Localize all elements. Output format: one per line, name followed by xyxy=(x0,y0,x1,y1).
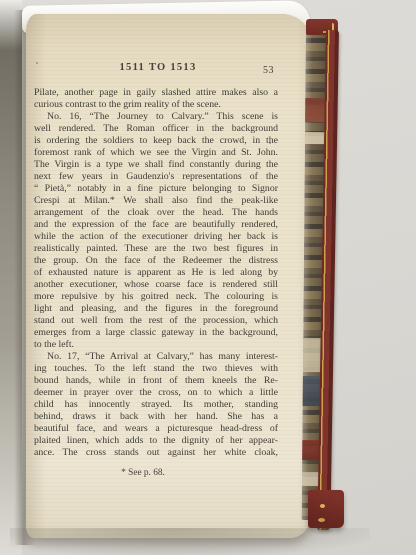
text-line: next few years in Gaudenzio's representa… xyxy=(34,171,278,183)
text-line: plaited linen, which adds to the dignity… xyxy=(34,435,278,447)
leather-cover-bottom-corner xyxy=(308,490,344,528)
text-line: of exhausted nature is apparent as He is… xyxy=(34,267,278,279)
text-line: stand out well from the rest of the proc… xyxy=(34,315,278,327)
text-line: well rendered. The Roman officer in the … xyxy=(34,123,278,135)
text-block: 1511 TO 1513 53 Pilate, another page in … xyxy=(34,62,278,478)
text-line: arrangement of the cloak over the head. … xyxy=(34,207,278,219)
text-line: and the expression of the face are beaut… xyxy=(34,219,278,231)
text-line: realistically painted. These are the two… xyxy=(34,243,278,255)
text-line: light and pleasing, and the figures in t… xyxy=(34,303,278,315)
book-page: 1511 TO 1513 53 Pilate, another page in … xyxy=(26,14,312,538)
text-line: “ Pietà,” notably in a fine picture belo… xyxy=(34,183,278,195)
text-line: another executioner, whose coarse face i… xyxy=(34,279,278,291)
text-line: ing touches. To the left stand the two t… xyxy=(34,363,278,375)
running-header: 1511 TO 1513 53 xyxy=(34,62,278,77)
text-line: while the action of the executioner driv… xyxy=(34,231,278,243)
text-line: bound hands, while in front of them knee… xyxy=(34,375,278,387)
text-line: beautiful face, and wears a picturesque … xyxy=(34,423,278,435)
text-line: behind, draws it back with her hand. She… xyxy=(34,411,278,423)
footnote: * See p. 68. xyxy=(34,468,278,478)
text-body: Pilate, another page in gaily slashed at… xyxy=(34,87,278,459)
text-line: No. 16, “The Journey to Calvary.” This s… xyxy=(34,111,278,123)
text-line: deemer in prayer over the cross, on to w… xyxy=(34,387,278,399)
text-line: child has innocently strayed. Its mother… xyxy=(34,399,278,411)
text-line: The Virgin is a type we shall find const… xyxy=(34,159,278,171)
text-line: ance. The cross stands out against her w… xyxy=(34,447,278,459)
gilt-ornament xyxy=(318,518,325,522)
text-line: to the left. xyxy=(34,339,278,351)
text-line: the group. On the face of the Redeemer t… xyxy=(34,255,278,267)
text-line: No. 17, “The Arrival at Calvary,” has ma… xyxy=(34,351,278,363)
page-number: 53 xyxy=(263,65,274,76)
text-line: emerges from a large classic gateway in … xyxy=(34,327,278,339)
book-shadow xyxy=(10,528,370,555)
chapter-date-range: 1511 TO 1513 xyxy=(34,62,278,73)
text-line: is ordering the soldiers to keep back th… xyxy=(34,135,278,147)
text-line: curious contrast to the grim reality of … xyxy=(34,99,278,111)
text-line: foremost rank of which we see the Virgin… xyxy=(34,147,278,159)
gilt-ornament xyxy=(320,504,325,508)
text-line: more repulsive by his goitred neck. The … xyxy=(34,291,278,303)
text-line: Pilate, another page in gaily slashed at… xyxy=(34,87,278,99)
text-line: Crespi at Milan.* We shall also find the… xyxy=(34,195,278,207)
